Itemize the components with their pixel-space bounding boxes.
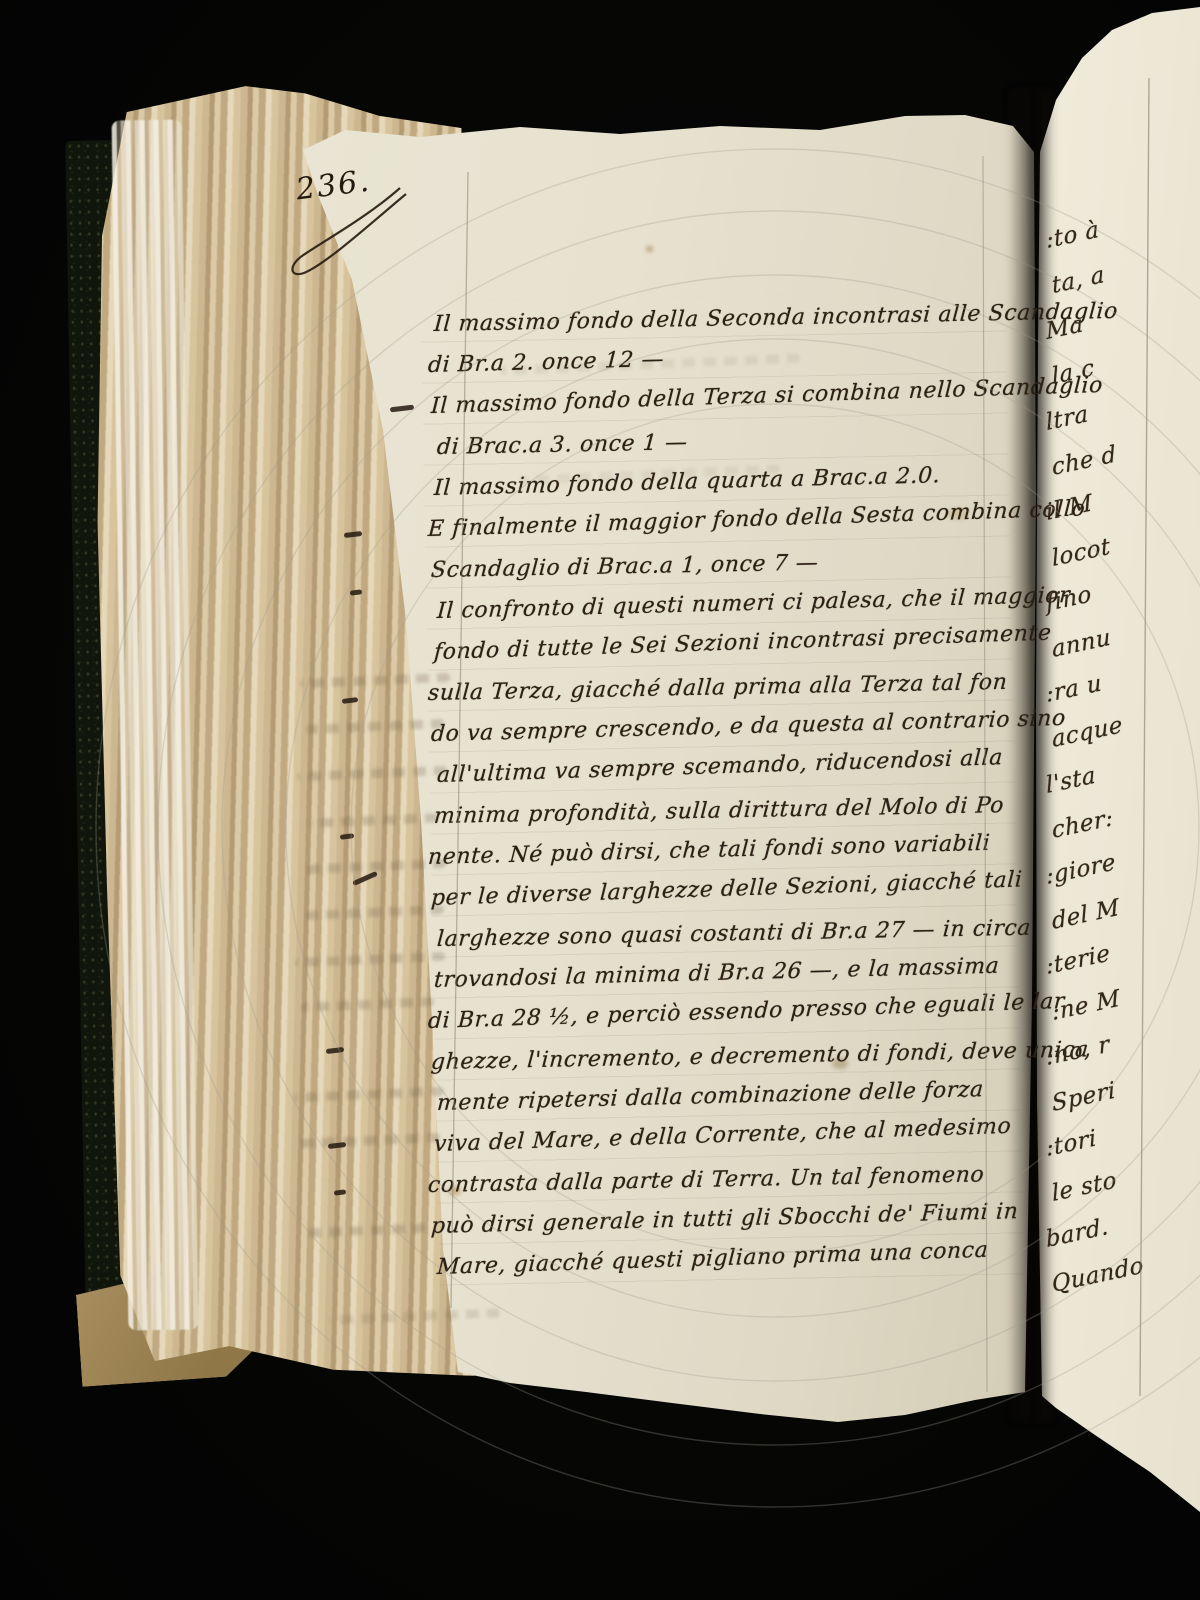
- manuscript-fragment: il M: [1045, 490, 1094, 526]
- manuscript-fragment: acque: [1051, 712, 1124, 753]
- manuscript-fragment: le sto: [1051, 1168, 1118, 1208]
- manuscript-fragment: del M: [1051, 895, 1121, 935]
- manuscript-fragment: :giore: [1045, 849, 1117, 890]
- manuscript-fragment: cher:: [1051, 805, 1115, 844]
- handwritten-text-right-page: :to àta, aMala cltrache dil Mlocotfinoan…: [0, 0, 1200, 1600]
- manuscript-fragment: :ra u: [1045, 670, 1104, 708]
- manuscript-fragment: ltra: [1045, 401, 1090, 436]
- manuscript-fragment: :ne M: [1051, 985, 1122, 1025]
- manuscript-fragment: ta, a: [1051, 262, 1106, 299]
- manuscript-fragment: la c: [1051, 355, 1096, 390]
- manuscript-fragment: Ma: [1045, 311, 1085, 345]
- manuscript-fragment: :terie: [1045, 941, 1112, 981]
- manuscript-fragment: Quando: [1051, 1253, 1145, 1298]
- manuscript-fragment: Speri: [1051, 1077, 1117, 1117]
- manuscript-fragment: :to à: [1045, 217, 1101, 254]
- manuscript-fragment: bard.: [1045, 1213, 1110, 1252]
- manuscript-fragment: fino: [1045, 582, 1093, 618]
- manuscript-fragment: annu: [1051, 624, 1113, 663]
- manuscript-fragment: che d: [1051, 441, 1118, 481]
- manuscript-fragment: locot: [1051, 533, 1112, 571]
- photo-background: 236. Il massimo fondo della Seconda inco…: [0, 0, 1200, 1600]
- manuscript-fragment: l'sta: [1045, 762, 1098, 799]
- manuscript-fragment: :no, r: [1045, 1032, 1111, 1072]
- manuscript-fragment: :tori: [1045, 1125, 1098, 1162]
